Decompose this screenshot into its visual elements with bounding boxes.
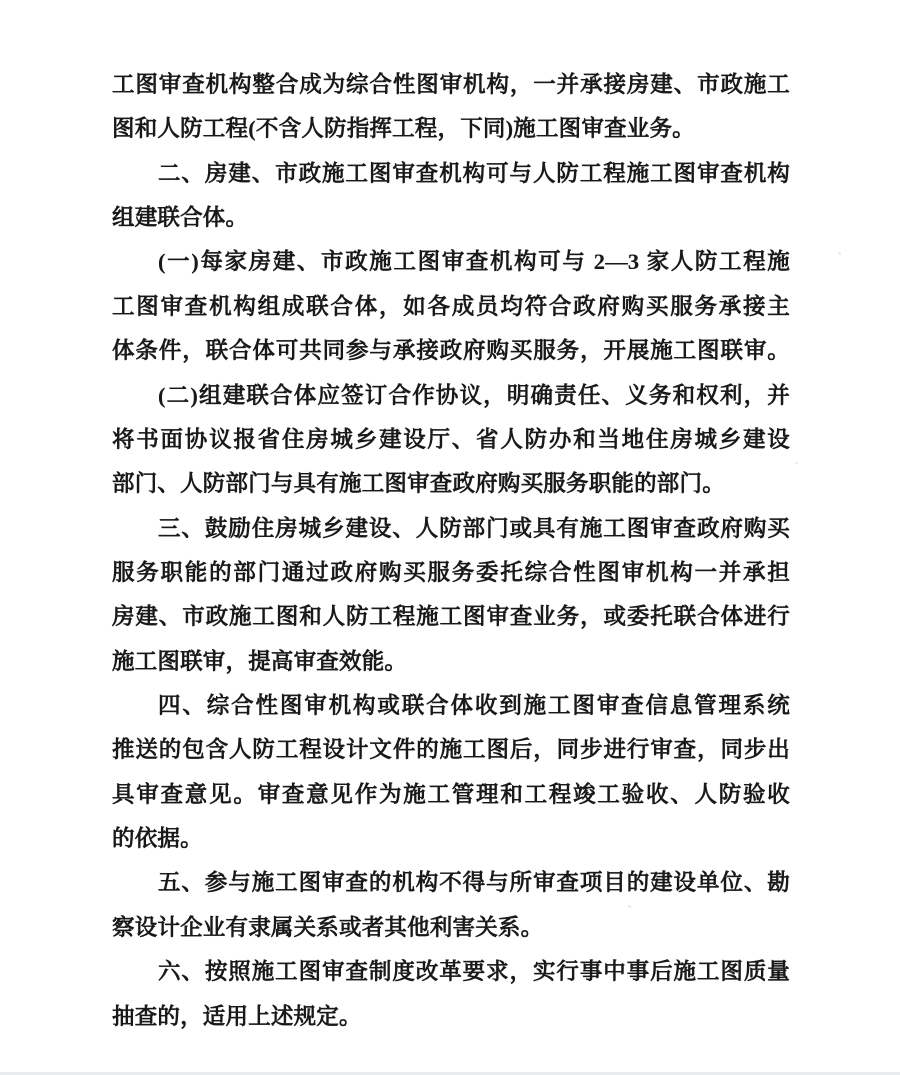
text-line-13: 房建、市政施工图和人防工程施工图审查业务，或委托联合体进行 <box>112 595 790 639</box>
text-line-7: 体条件，联合体可共同参与承接政府购买服务，开展施工图联审。 <box>112 329 790 373</box>
text-line-22: 抽查的，适用上述规定。 <box>112 995 790 1039</box>
text-line-8: (二)组建联合体应签订合作协议，明确责任、义务和权利，并 <box>112 374 790 418</box>
text-line-9: 将书面协议报省住房城乡建设厅、省人防办和当地住房城乡建设 <box>112 418 790 462</box>
text-line-3: 二、房建、市政施工图审查机构可与人防工程施工图审查机构 <box>112 152 790 196</box>
text-line-12: 服务职能的部门通过政府购买服务委托综合性图审机构一并承担 <box>112 551 790 595</box>
text-line-17: 具审查意见。审查意见作为施工管理和工程竣工验收、人防验收 <box>112 773 790 817</box>
scan-speckle <box>838 252 841 255</box>
text-line-1: 工图审查机构整合成为综合性图审机构，一并承接房建、市政施工 <box>112 63 790 107</box>
text-line-16: 推送的包含人防工程设计文件的施工图后，同步进行审查，同步出 <box>112 728 790 772</box>
text-line-18: 的依据。 <box>112 817 790 861</box>
text-line-5: (一)每家房建、市政施工图审查机构可与 2—3 家人防工程施 <box>112 240 790 284</box>
text-line-19: 五、参与施工图审查的机构不得与所审查项目的建设单位、勘 <box>112 861 790 905</box>
document-text-block: 工图审查机构整合成为综合性图审机构，一并承接房建、市政施工图和人防工程(不含人防… <box>112 63 790 1039</box>
scan-speckle <box>628 905 631 908</box>
text-line-21: 六、按照施工图审查制度改革要求，实行事中事后施工图质量 <box>112 950 790 994</box>
text-line-2: 图和人防工程(不含人防指挥工程，下同)施工图审查业务。 <box>112 107 790 151</box>
text-line-6: 工图审查机构组成联合体，如各成员均符合政府购买服务承接主 <box>112 285 790 329</box>
scan-speckle <box>795 462 798 464</box>
text-line-14: 施工图联审，提高审查效能。 <box>112 640 790 684</box>
document-page: 工图审查机构整合成为综合性图审机构，一并承接房建、市政施工图和人防工程(不含人防… <box>0 0 900 1075</box>
text-line-20: 察设计企业有隶属关系或者其他利害关系。 <box>112 906 790 950</box>
text-line-15: 四、综合性图审机构或联合体收到施工图审查信息管理系统 <box>112 684 790 728</box>
text-line-10: 部门、人防部门与具有施工图审查政府购买服务职能的部门。 <box>112 462 790 506</box>
scan-speckle <box>563 316 567 319</box>
text-line-4: 组建联合体。 <box>112 196 790 240</box>
text-line-11: 三、鼓励住房城乡建设、人防部门或具有施工图审查政府购买 <box>112 507 790 551</box>
